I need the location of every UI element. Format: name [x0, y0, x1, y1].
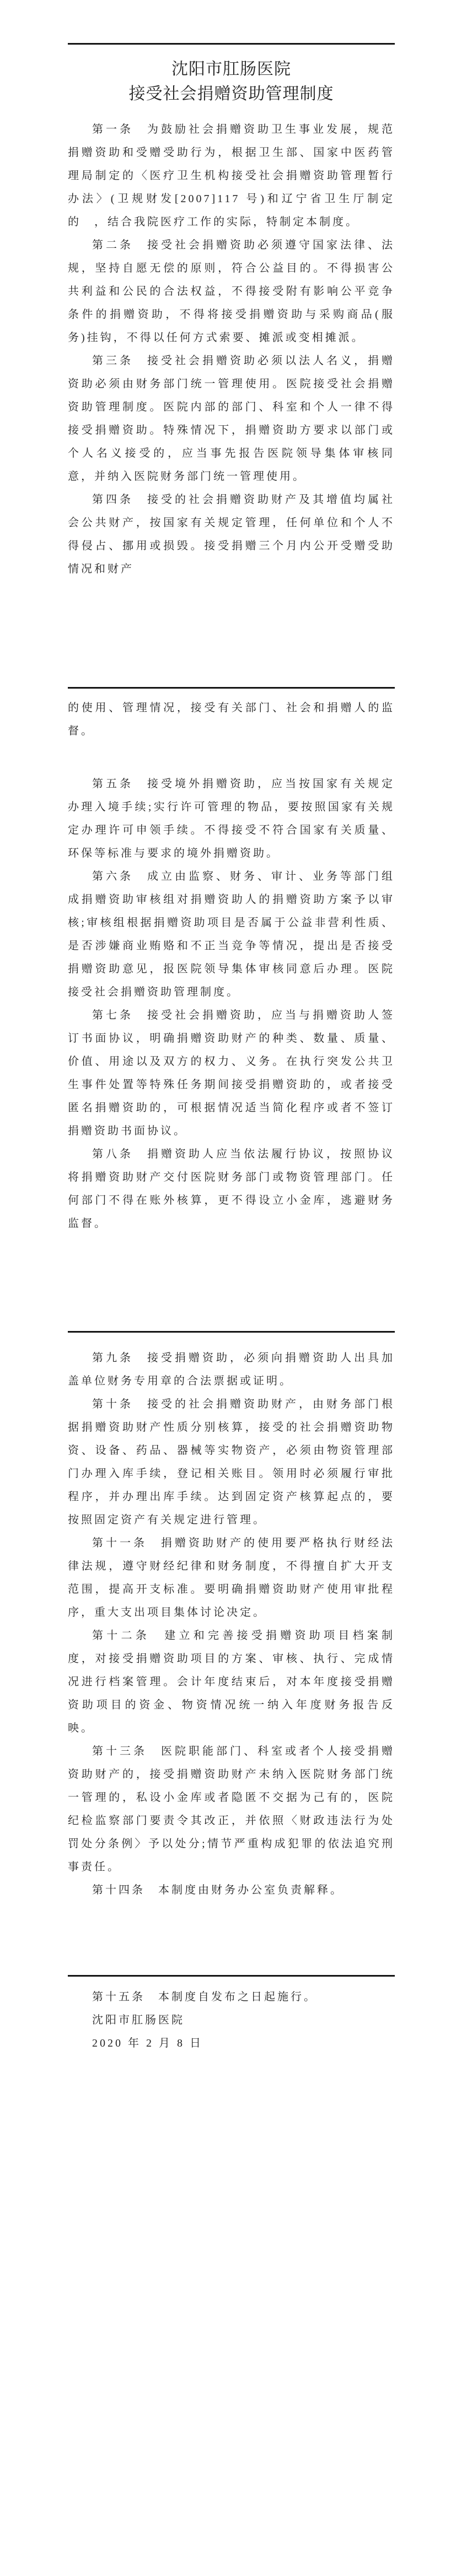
signature-line: 沈阳市肛肠医院 [68, 2009, 395, 2032]
paragraph-article-10: 第十条 接受的社会捐赠资助财产，由财务部门根据捐赠资助财产性质分别核算，接受的社… [68, 1393, 395, 1531]
page-2-body: 的使用、管理情况，接受有关部门、社会和捐赠人的监督。 第五条 接受境外捐赠资助，… [68, 696, 395, 1235]
paragraph-article-5: 第五条 接受境外捐赠资助，应当按国家有关规定办理入境手续;实行许可管理的物品，要… [68, 772, 395, 865]
document-title: 沈阳市肛肠医院 接受社会捐赠资助管理制度 [68, 57, 395, 106]
page-1: 沈阳市肛肠医院 接受社会捐赠资助管理制度 第一条 为鼓励社会捐赠资助卫生事业发展… [68, 43, 395, 687]
paragraph-article-12: 第十二条 建立和完善接受捐赠资助项目档案制度，对接受捐赠资助项目的方案、审核、执… [68, 1624, 395, 1740]
page-1-body: 第一条 为鼓励社会捐赠资助卫生事业发展，规范捐赠资助和受赠受助行为，根据卫生部、… [68, 118, 395, 581]
page-4-body: 第十五条 本制度自发布之日起施行。 沈阳市肛肠医院 2020 年 2 月 8 日 [68, 1985, 395, 2055]
paragraph-article-4-part-1: 第四条 接受的社会捐赠资助财产及其增值均属社会公共财产，按国家有关规定管理，任何… [68, 488, 395, 581]
date-line: 2020 年 2 月 8 日 [68, 2032, 395, 2055]
paragraph-article-6: 第六条 成立由监察、财务、审计、业务等部门组成捐赠资助审核组对捐赠资助人的捐赠资… [68, 865, 395, 1004]
paragraph-article-1: 第一条 为鼓励社会捐赠资助卫生事业发展，规范捐赠资助和受赠受助行为，根据卫生部、… [68, 118, 395, 234]
paragraph-article-11: 第十一条 捐赠资助财产的使用要严格执行财经法律法规，遵守财经纪律和财务制度，不得… [68, 1531, 395, 1624]
page-top-rule [68, 1331, 395, 1333]
paragraph-article-14: 第十四条 本制度由财务办公室负责解释。 [68, 1879, 395, 1902]
paragraph-article-7: 第七条 接受社会捐赠资助，应当与捐赠资助人签订书面协议，明确捐赠资助财产的种类、… [68, 1004, 395, 1143]
document-title-line-2: 接受社会捐赠资助管理制度 [68, 82, 395, 106]
paragraph-article-9: 第九条 接受捐赠资助，必须向捐赠资助人出具加盖单位财务专用章的合法票据或证明。 [68, 1346, 395, 1393]
document-scan: 沈阳市肛肠医院 接受社会捐赠资助管理制度 第一条 为鼓励社会捐赠资助卫生事业发展… [0, 0, 456, 2576]
page-top-rule [68, 687, 395, 689]
paragraph-article-3: 第三条 接受社会捐赠资助必须以法人名义，捐赠资助必须由财务部门统一管理使用。医院… [68, 349, 395, 488]
paragraph-article-2: 第二条 接受社会捐赠资助必须遵守国家法律、法规，坚持自愿无偿的原则，符合公益目的… [68, 234, 395, 349]
document-title-line-1: 沈阳市肛肠医院 [68, 57, 395, 82]
page-top-rule [68, 43, 395, 45]
page-2: 的使用、管理情况，接受有关部门、社会和捐赠人的监督。 第五条 接受境外捐赠资助，… [68, 687, 395, 1331]
paragraph-article-8: 第八条 捐赠资助人应当依法履行协议，按照协议将捐赠资助财产交付医院财务部门或物资… [68, 1143, 395, 1235]
page-top-rule [68, 1975, 395, 1977]
paragraph-article-13: 第十三条 医院职能部门、科室或者个人接受捐赠资助财产的，接受捐赠资助财产未纳入医… [68, 1740, 395, 1879]
page-3-body: 第九条 接受捐赠资助，必须向捐赠资助人出具加盖单位财务专用章的合法票据或证明。 … [68, 1346, 395, 1902]
paragraph-article-4-continued: 的使用、管理情况，接受有关部门、社会和捐赠人的监督。 [68, 696, 395, 743]
page-4: 第十五条 本制度自发布之日起施行。 沈阳市肛肠医院 2020 年 2 月 8 日 [68, 1975, 395, 2576]
page-3: 第九条 接受捐赠资助，必须向捐赠资助人出具加盖单位财务专用章的合法票据或证明。 … [68, 1331, 395, 1975]
paragraph-article-15: 第十五条 本制度自发布之日起施行。 [68, 1985, 395, 2009]
